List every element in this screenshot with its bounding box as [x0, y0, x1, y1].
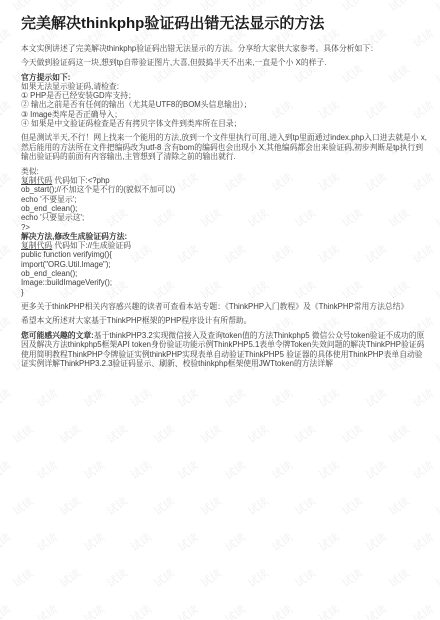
intro-paragraph-2: 今天做到验证码这一块,想到tp自带验证图片,大喜,但鼓捣半天不出来,一直是个小 …	[21, 58, 428, 68]
watermark-text: 试读	[197, 565, 224, 591]
intro-paragraph-1: 本文实例讲述了完美解决thinkphp验证码出错无法显示的方法。分享给大家供大家…	[21, 44, 428, 54]
watermark-text: 试读	[338, 421, 365, 447]
watermark-text: 试读	[338, 493, 365, 519]
watermark-text: 试读	[197, 421, 224, 447]
watermark-text: 试读	[362, 601, 389, 620]
watermark-text: 试读	[291, 493, 318, 519]
solution-code-section: 解决方法,修改生成验证码方法: 复制代码 代码如下://生成验证码 public…	[21, 232, 428, 297]
watermark-text: 试读	[33, 457, 60, 483]
watermark-text: 试读	[33, 529, 60, 555]
example-code-section: 类似: 复制代码 代码如下:<?php ob_start();//不加这个是不行…	[21, 167, 428, 232]
watermark-text: 试读	[432, 565, 440, 591]
similar-label: 类似:	[21, 167, 428, 176]
watermark-text: 试读	[315, 529, 342, 555]
watermark-text: 试读	[127, 529, 154, 555]
watermark-text: 试读	[244, 421, 271, 447]
official-tip-item: ① PHP是否已经安装GD库支持；	[21, 91, 428, 100]
official-tip-item: ③ Image类库是否正确导入；	[21, 110, 428, 119]
watermark-text: 试读	[127, 385, 154, 411]
watermark-text: 试读	[432, 421, 440, 447]
watermark-text: 试读	[268, 529, 295, 555]
related-articles-paragraph: 您可能感兴趣的文章:基于thinkPHP3.2实现微信接入及查询token值的方…	[21, 331, 428, 369]
watermark-text: 试读	[9, 565, 36, 591]
watermark-text: 试读	[315, 457, 342, 483]
watermark-text: 试读	[0, 385, 14, 411]
watermark-text: 试读	[362, 529, 389, 555]
watermark-text: 试读	[291, 565, 318, 591]
watermark-text: 试读	[197, 493, 224, 519]
code-line: ob_end_clean();	[21, 204, 428, 213]
official-tips-section: 官方提示如下: 如果无法显示验证码,请检查: ① PHP是否已经安装GD库支持；…	[21, 73, 428, 129]
watermark-text: 试读	[174, 529, 201, 555]
code-caption-row: 复制代码 代码如下://生成验证码	[21, 241, 428, 250]
more-topics-paragraph: 更多关于thinkPHP相关内容感兴趣的读者可查看本站专题：《ThinkPHP入…	[21, 302, 428, 312]
watermark-text: 试读	[268, 457, 295, 483]
code-line: public function verifyimg(){	[21, 250, 428, 259]
watermark-text: 试读	[80, 529, 107, 555]
code-caption: 代码如下:<?php	[54, 176, 109, 185]
watermark-text: 试读	[9, 421, 36, 447]
watermark-text: 试读	[9, 493, 36, 519]
watermark-text: 试读	[127, 457, 154, 483]
watermark-text: 试读	[385, 421, 412, 447]
watermark-text: 试读	[103, 421, 130, 447]
copy-code-link[interactable]: 复制代码	[21, 241, 52, 250]
watermark-text: 试读	[150, 565, 177, 591]
watermark-text: 试读	[80, 601, 107, 620]
watermark-text: 试读	[409, 601, 436, 620]
watermark-text: 试读	[56, 421, 83, 447]
watermark-text: 试读	[315, 385, 342, 411]
official-tip-item: ② 输出之前是否有任何的输出（尤其是UTF8的BOM头信息输出）；	[21, 100, 428, 109]
code-line: }	[21, 288, 428, 297]
watermark-text: 试读	[268, 385, 295, 411]
code-line: echo '不要显示';	[21, 195, 428, 204]
watermark-text: 试读	[150, 493, 177, 519]
related-articles-heading: 您可能感兴趣的文章:	[21, 331, 94, 340]
watermark-text: 试读	[244, 493, 271, 519]
watermark-text: 试读	[221, 529, 248, 555]
watermark-text: 试读	[432, 493, 440, 519]
analysis-paragraph: 但是测试半天,不行！网上找来一个能用的方法,放到一个文件里执行可用,进入到tp里…	[21, 133, 428, 162]
watermark-text: 试读	[174, 601, 201, 620]
watermark-text: 试读	[56, 565, 83, 591]
watermark-text: 试读	[221, 601, 248, 620]
hope-paragraph: 希望本文所述对大家基于ThinkPHP框架的PHP程序设计有所帮助。	[21, 316, 428, 326]
page-title: 完美解决thinkphp验证码出错无法显示的方法	[21, 14, 428, 34]
watermark-text: 试读	[33, 385, 60, 411]
watermark-text: 试读	[385, 565, 412, 591]
watermark-text: 试读	[103, 493, 130, 519]
code-line: ob_end_clean();	[21, 269, 428, 278]
watermark-text: 试读	[0, 457, 14, 483]
watermark-text: 试读	[268, 601, 295, 620]
watermark-text: 试读	[409, 457, 436, 483]
official-tips-intro: 如果无法显示验证码,请检查:	[21, 82, 428, 91]
official-tips-heading: 官方提示如下:	[21, 73, 428, 82]
watermark-text: 试读	[315, 601, 342, 620]
watermark-text: 试读	[291, 421, 318, 447]
watermark-text: 试读	[103, 565, 130, 591]
code-caption-row: 复制代码 代码如下:<?php	[21, 176, 428, 185]
code-line: ?>	[21, 223, 428, 232]
watermark-text: 试读	[244, 565, 271, 591]
watermark-text: 试读	[0, 529, 14, 555]
watermark-text: 试读	[362, 385, 389, 411]
watermark-text: 试读	[56, 493, 83, 519]
watermark-text: 试读	[362, 457, 389, 483]
watermark-text: 试读	[127, 601, 154, 620]
watermark-text: 试读	[221, 457, 248, 483]
watermark-text: 试读	[150, 421, 177, 447]
code-line: ob_start();//不加这个是不行的(貌似不加可以)	[21, 185, 428, 194]
code-line: echo '只要显示这';	[21, 213, 428, 222]
watermark-text: 试读	[409, 529, 436, 555]
watermark-text: 试读	[80, 385, 107, 411]
watermark-text: 试读	[174, 385, 201, 411]
watermark-text: 试读	[385, 493, 412, 519]
code-caption: 代码如下://生成验证码	[54, 241, 131, 250]
solution-heading: 解决方法,修改生成验证码方法:	[21, 232, 428, 241]
official-tip-item: ④ 如果是中文验证码检查是否有拷贝字体文件到类库所在目录；	[21, 119, 428, 128]
watermark-text: 试读	[221, 385, 248, 411]
watermark-text: 试读	[33, 601, 60, 620]
copy-code-link[interactable]: 复制代码	[21, 176, 52, 185]
watermark-text: 试读	[80, 457, 107, 483]
watermark-text: 试读	[338, 565, 365, 591]
watermark-text: 试读	[0, 601, 14, 620]
code-line: Image::buildImageVerify();	[21, 278, 428, 287]
watermark-text: 试读	[174, 457, 201, 483]
watermark-text: 试读	[409, 385, 436, 411]
code-line: import("ORG.Util.Image");	[21, 260, 428, 269]
article: 完美解决thinkphp验证码出错无法显示的方法 本文实例讲述了完美解决thin…	[0, 0, 440, 369]
